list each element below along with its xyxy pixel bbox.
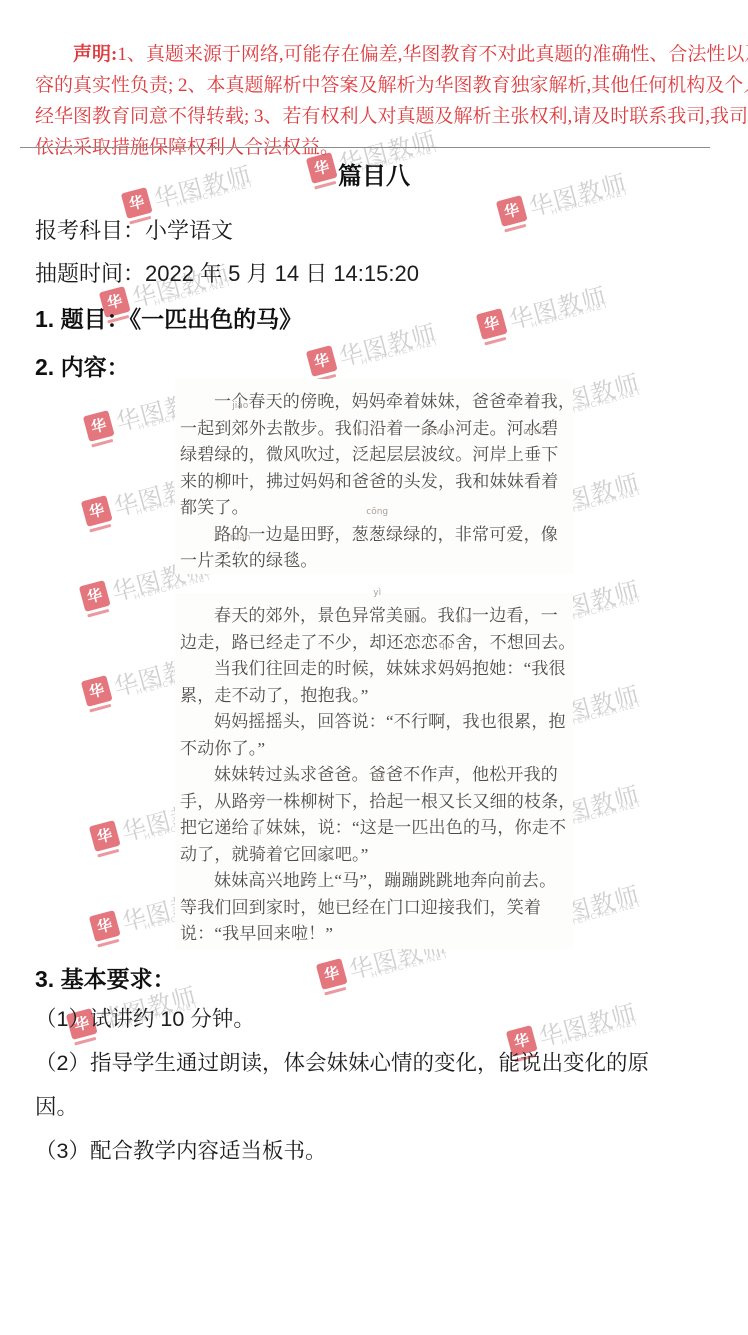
huatu-logo-icon: 华 — [476, 308, 508, 340]
page-title: 篇目八 — [0, 156, 748, 191]
passage-line: 绿碧绿的，微风吹过，泛fàn起层层波纹bō wén。河岸上垂chuí下 — [180, 442, 568, 469]
huatu-logo-icon: 华 — [89, 820, 121, 852]
disclaimer-line: 声明:1、真题来源于网络,可能存在偏差,华图教育不对此真题的准确性、合法性以及内 — [35, 39, 717, 70]
disclaimer: 声明:1、真题来源于网络,可能存在偏差,华图教育不对此真题的准确性、合法性以及内… — [35, 39, 717, 163]
huatu-logo-icon: 华 — [89, 910, 121, 942]
passage-line: 边走，路已经走了不少，却还恋liàn恋不舍shě，不想回去。 — [180, 630, 568, 657]
pinyin-annotated-char: 垂chuí — [524, 445, 541, 464]
passage-line: 妹妹高兴地跨kuà上“马”，蹦蹦跳跳地奔向前去。 — [180, 868, 568, 895]
passage-scan-block-2: 春天的郊外，景色异yì常美丽。我们一边看，一边走，路已经走了不少，却还恋liàn… — [175, 593, 573, 949]
pinyin-label: chuí — [523, 427, 542, 437]
huatu-logo-icon: 华 — [496, 195, 528, 227]
pinyin-label: bō wén — [422, 427, 455, 437]
watermark-text: 华图教师 — [336, 320, 440, 372]
passage-line: 累，走不动了，抱抱我。” — [180, 683, 568, 710]
pinyin-label: qí — [253, 827, 261, 837]
huatu-logo-icon: 华 — [83, 410, 115, 442]
watermark-text: 华图教师 — [506, 283, 610, 335]
huatu-logo-icon: 华 — [306, 345, 338, 377]
draw-time-line: 抽题时间：2022 年 5 月 14 日 14:15:20 — [35, 257, 419, 288]
watermark-url-text: HTEACHER.NET — [563, 899, 643, 928]
passage-line: 来的柳叶，拂过妈妈和爸爸的头发，我和妹妹看着 — [180, 469, 568, 496]
requirement-item-3: （3）配合教学内容适当板书。 — [35, 1129, 675, 1173]
huatu-watermark: 华华图教师HTEACHER.NET — [475, 276, 616, 360]
requirement-item-1: （1）试讲约 10 分钟。 — [35, 997, 675, 1041]
passage-line: 当我们往回走的时候，妹妹求qiú妈妈抱她：“我很 — [180, 656, 568, 683]
pinyin-annotated-char: 拾shí — [369, 792, 386, 811]
topic-heading: 1. 题目：《一匹出色的马》 — [35, 301, 302, 334]
watermark-url-text: HTEACHER.NET — [550, 187, 630, 216]
passage-scan-block-1: 一个春天的傍晚，妈妈牵着妹妹，爸爸牵着我，一起到郊jiāo外去散步。我们沿着一条… — [175, 379, 573, 574]
document-page: { "disclaimer": { "bold_prefix": "声明:", … — [0, 0, 748, 1335]
disclaimer-bold-prefix: 声明: — [73, 44, 117, 65]
watermark-url-text: HTEACHER.NET — [360, 337, 440, 366]
passage-line: 把它递给了妹妹，说：“这是一匹出色的马，你走不 — [180, 815, 568, 842]
passage-line: 等我们回到家时，她已经在门口迎接我们，笑着 — [180, 895, 568, 922]
pinyin-annotated-char: 波纹bō wén — [421, 445, 455, 464]
watermark-url-text: HTEACHER.NET — [530, 300, 610, 329]
huatu-logo-icon: 华 — [81, 675, 113, 707]
passage-line: 春天的郊外，景色异yì常美丽。我们一边看，一 — [180, 603, 568, 630]
huatu-logo-icon: 华 — [79, 580, 111, 612]
basic-requirements-heading: 3. 基本要求： — [35, 961, 176, 994]
huatu-logo-icon: 华 — [81, 495, 113, 527]
passage-line: 一片柔软ruǎn的绿毯tǎn。 — [180, 548, 568, 575]
pinyin-label: ruǎn — [230, 533, 251, 543]
pinyin-annotated-char: 异yì — [352, 606, 369, 625]
pinyin-label: cōng — [332, 507, 388, 517]
pinyin-annotated-char: 跨kuà — [300, 871, 317, 890]
pinyin-label: jiāo — [232, 401, 248, 411]
disclaimer-line: 经华图教育同意不得转载; 3、若有权利人对真题及解析主张权利,请及时联系我司,我… — [35, 101, 717, 132]
pinyin-label: fàn — [353, 427, 367, 437]
pinyin-annotated-char: 葱cōng — [352, 525, 369, 544]
pinyin-annotated-char: 舍shě — [455, 633, 472, 652]
huatu-logo-icon: 华 — [316, 958, 348, 990]
pinyin-label: liàn — [404, 615, 420, 625]
watermark-url-text: HTEACHER.NET — [563, 699, 643, 728]
pinyin-annotated-char: 软ruǎn — [232, 551, 249, 570]
pinyin-label: kuà — [284, 853, 334, 863]
pinyin-label: zhū — [284, 774, 300, 784]
pinyin-label: shě — [456, 615, 472, 625]
pinyin-annotated-char: 株zhū — [283, 792, 300, 811]
divider-line — [20, 147, 710, 148]
passage-line: 手，从路旁一株zhū柳树下，拾shí起一根又长又细的枝条， — [180, 789, 568, 816]
disclaimer-line: 容的真实性负责; 2、本真题解析中答案及解析为华图教育独家解析,其他任何机构及个… — [35, 70, 717, 101]
requirement-item-2: （2）指导学生通过朗读，体会妹妹心情的变化，能说出变化的原因。 — [35, 1041, 675, 1129]
pinyin-annotated-char: 泛fàn — [352, 445, 369, 464]
watermark-url-text: HTEACHER.NET — [370, 950, 450, 979]
passage-line: 说：“我早回来啦！” — [180, 921, 568, 948]
pinyin-label: tǎn — [284, 533, 299, 543]
passage-line: 不动你了。” — [180, 736, 568, 763]
pinyin-annotated-char: 毯tǎn — [283, 551, 300, 570]
pinyin-annotated-char: 骑qí — [249, 845, 266, 864]
content-heading: 2. 内容： — [35, 349, 130, 382]
passage-line: 动了，就骑qí着它回家吧。” — [180, 842, 568, 869]
pinyin-label: shí — [371, 774, 384, 784]
watermark-url-text: HTEACHER.NET — [563, 387, 643, 416]
subject-line: 报考科目：小学语文 — [35, 214, 233, 245]
passage-line: 一起到郊jiāo外去散步。我们沿着一条小河走。河水碧 — [180, 416, 568, 443]
watermark-url-text: HTEACHER.NET — [563, 594, 643, 623]
watermark-url-text: HTEACHER.NET — [563, 487, 643, 516]
pinyin-label: qiú — [405, 641, 453, 651]
passage-line: 妈妈摇摇头，回答说：“不行啊，我也很累，抱 — [180, 709, 568, 736]
pinyin-annotated-char: 郊jiāo — [232, 419, 249, 438]
pinyin-annotated-char: 求qiú — [420, 659, 437, 678]
pinyin-label: yì — [339, 588, 381, 598]
